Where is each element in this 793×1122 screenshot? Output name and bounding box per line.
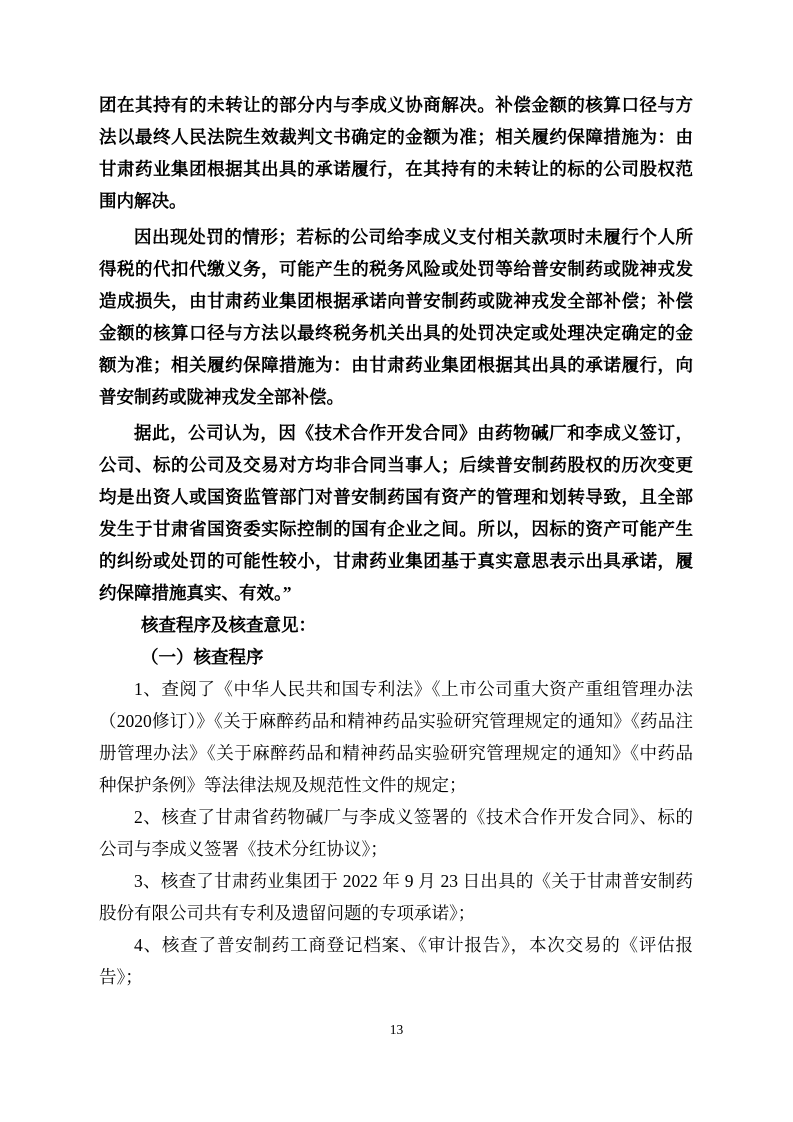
procedure-item-1: 1、查阅了《中华人民共和国专利法》《上市公司重大资产重组管理办法（2020修订）… (99, 673, 693, 801)
quoted-commitment-paragraph-2: 因出现处罚的情形；若标的公司给李成义支付相关款项时未履行个人所得税的代扣代缴义务… (99, 221, 693, 413)
document-page: 团在其持有的未转让的部分内与李成义协商解决。补偿金额的核算口径与方法以最终人民法… (0, 0, 793, 1122)
procedure-item-2: 2、核查了甘肃省药物碱厂与李成义签署的《技术合作开发合同》、标的公司与李成义签署… (99, 801, 693, 865)
section-heading-verification-procedures-and-opinions: 核查程序及核查意见： (99, 609, 693, 641)
page-number: 13 (0, 1022, 793, 1038)
subsection-heading-verification-procedure: （一）核查程序 (99, 641, 693, 673)
procedure-item-4: 4、核查了普安制药工商登记档案、《审计报告》，本次交易的《评估报告》； (99, 929, 693, 993)
quoted-commitment-paragraph-1: 团在其持有的未转让的部分内与李成义协商解决。补偿金额的核算口径与方法以最终人民法… (99, 89, 693, 217)
procedure-item-3: 3、核查了甘肃药业集团于 2022 年 9 月 23 日出具的《关于甘肃普安制药… (99, 865, 693, 929)
quoted-commitment-paragraph-3: 据此，公司认为，因《技术合作开发合同》由药物碱厂和李成义签订，公司、标的公司及交… (99, 417, 693, 609)
